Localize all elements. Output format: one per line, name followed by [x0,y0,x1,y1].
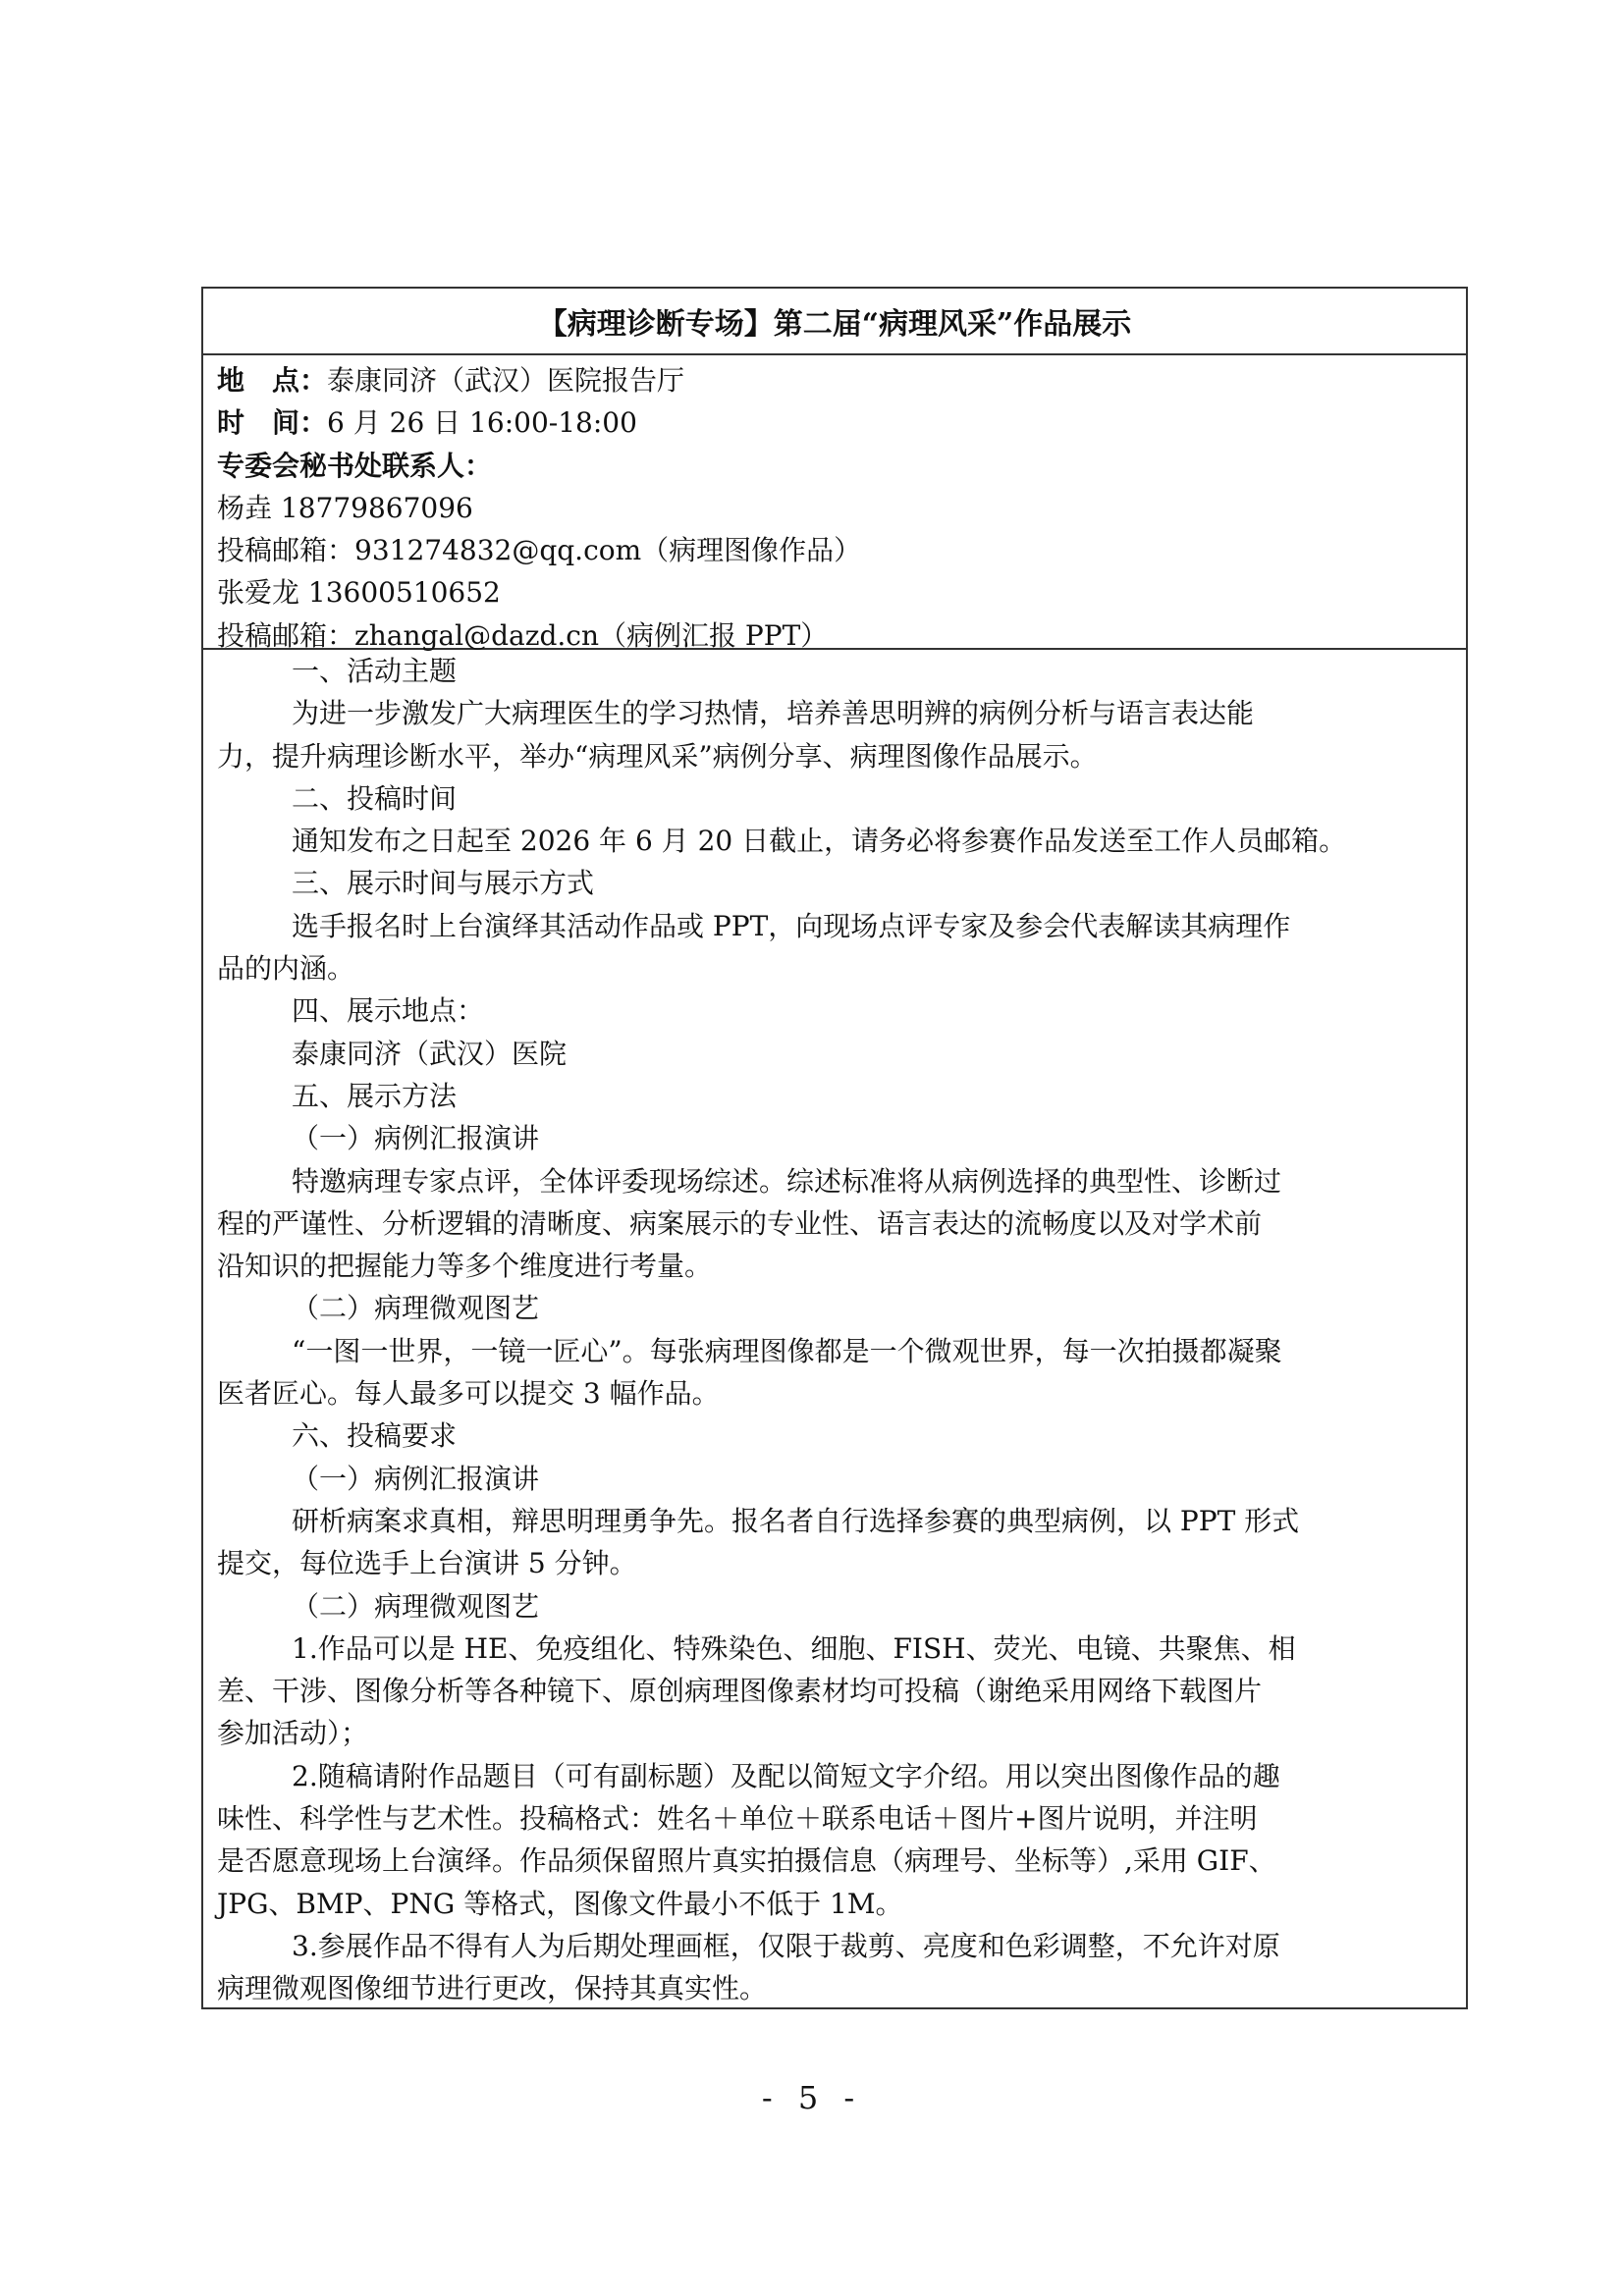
body-line: 病理微观图像细节进行更改，保持其真实性。 [217,1967,1466,2009]
body-line: 六、投稿要求 [217,1415,1466,1457]
body-line: 五、展示方法 [217,1075,1466,1117]
table-header-row: 【病理诊断专场】第二届“病理风采”作品展示 [203,289,1466,355]
body-line: （一）病例汇报演讲 [217,1117,1466,1159]
body-line: 1.作品可以是 HE、免疫组化、特殊染色、细胞、FISH、荧光、电镜、共聚焦、相 [217,1628,1466,1670]
body-line: 沿知识的把握能力等多个维度进行考量。 [217,1245,1466,1287]
body-line: （二）病理微观图艺 [217,1585,1466,1628]
body-line: 3.参展作品不得有人为后期处理画框，仅限于裁剪、亮度和色彩调整，不允许对原 [217,1925,1466,1967]
body-line: 品的内涵。 [217,947,1466,989]
location-line: 地 点：泰康同济（武汉）医院报告厅 [217,359,1466,401]
body-line: 特邀病理专家点评，全体评委现场综述。综述标准将从病例选择的典型性、诊断过 [217,1160,1466,1202]
body-line: 2.随稿请附作品题目（可有副标题）及配以简短文字介绍。用以突出图像作品的趣 [217,1755,1466,1797]
body-line: 味性、科学性与艺术性。投稿格式：姓名＋单位＋联系电话＋图片+图片说明，并注明 [217,1797,1466,1840]
body-line: “一图一世界，一镜一匠心”。每张病理图像都是一个微观世界，每一次拍摄都凝聚 [217,1330,1466,1372]
time-value: 6 月 26 日 16:00-18:00 [327,406,637,439]
page-number: - 5 - [0,2079,1624,2116]
body-line: （一）病例汇报演讲 [217,1458,1466,1500]
body-line: 通知发布之日起至 2026 年 6 月 20 日截止，请务必将参赛作品发送至工作… [217,820,1466,862]
body-line: 参加活动）； [217,1712,1466,1754]
location-label: 地 点： [217,364,327,397]
body-line: 研析病案求真相，辩思明理勇争先。报名者自行选择参赛的典型病例，以 PPT 形式 [217,1500,1466,1542]
body-line: JPG、BMP、PNG 等格式，图像文件最小不低于 1M。 [217,1883,1466,1925]
body-line: 二、投稿时间 [217,777,1466,820]
body-line: （二）病理微观图艺 [217,1287,1466,1329]
location-value: 泰康同济（武汉）医院报告厅 [327,364,684,397]
body-line: 四、展示地点： [217,989,1466,1032]
contact-line: 投稿邮箱：931274832@qq.com（病理图像作品） [217,529,1466,571]
body-line: 泰康同济（武汉）医院 [217,1033,1466,1075]
body-line: 一、活动主题 [217,650,1466,692]
event-table: 【病理诊断专场】第二届“病理风采”作品展示 地 点：泰康同济（武汉）医院报告厅 … [201,287,1468,2009]
body-line: 提交，每位选手上台演讲 5 分钟。 [217,1542,1466,1584]
body-line: 选手报名时上台演绎其活动作品或 PPT，向现场点评专家及参会代表解读其病理作 [217,905,1466,947]
body-line: 程的严谨性、分析逻辑的清晰度、病案展示的专业性、语言表达的流畅度以及对学术前 [217,1202,1466,1245]
contact-heading: 专委会秘书处联系人： [217,445,1466,487]
document-title: 【病理诊断专场】第二届“病理风采”作品展示 [538,299,1132,343]
event-body: 一、活动主题为进一步激发广大病理医生的学习热情，培养善思明辨的病例分析与语言表达… [203,650,1466,2007]
event-info-block: 地 点：泰康同济（武汉）医院报告厅 时 间：6 月 26 日 16:00-18:… [203,353,1466,650]
body-line: 为进一步激发广大病理医生的学习热情，培养善思明辨的病例分析与语言表达能 [217,692,1466,734]
time-label: 时 间： [217,406,327,439]
body-line: 三、展示时间与展示方式 [217,862,1466,904]
time-line: 时 间：6 月 26 日 16:00-18:00 [217,401,1466,444]
contact-line: 杨垚 18779867096 [217,487,1466,529]
body-line: 医者匠心。每人最多可以提交 3 幅作品。 [217,1372,1466,1415]
body-line: 差、干涉、图像分析等各种镜下、原创病理图像素材均可投稿（谢绝采用网络下载图片 [217,1670,1466,1712]
body-line: 是否愿意现场上台演绎。作品须保留照片真实拍摄信息（病理号、坐标等）,采用 GIF… [217,1840,1466,1882]
body-line: 力，提升病理诊断水平，举办“病理风采”病例分享、病理图像作品展示。 [217,735,1466,777]
contact-line: 张爱龙 13600510652 [217,571,1466,614]
